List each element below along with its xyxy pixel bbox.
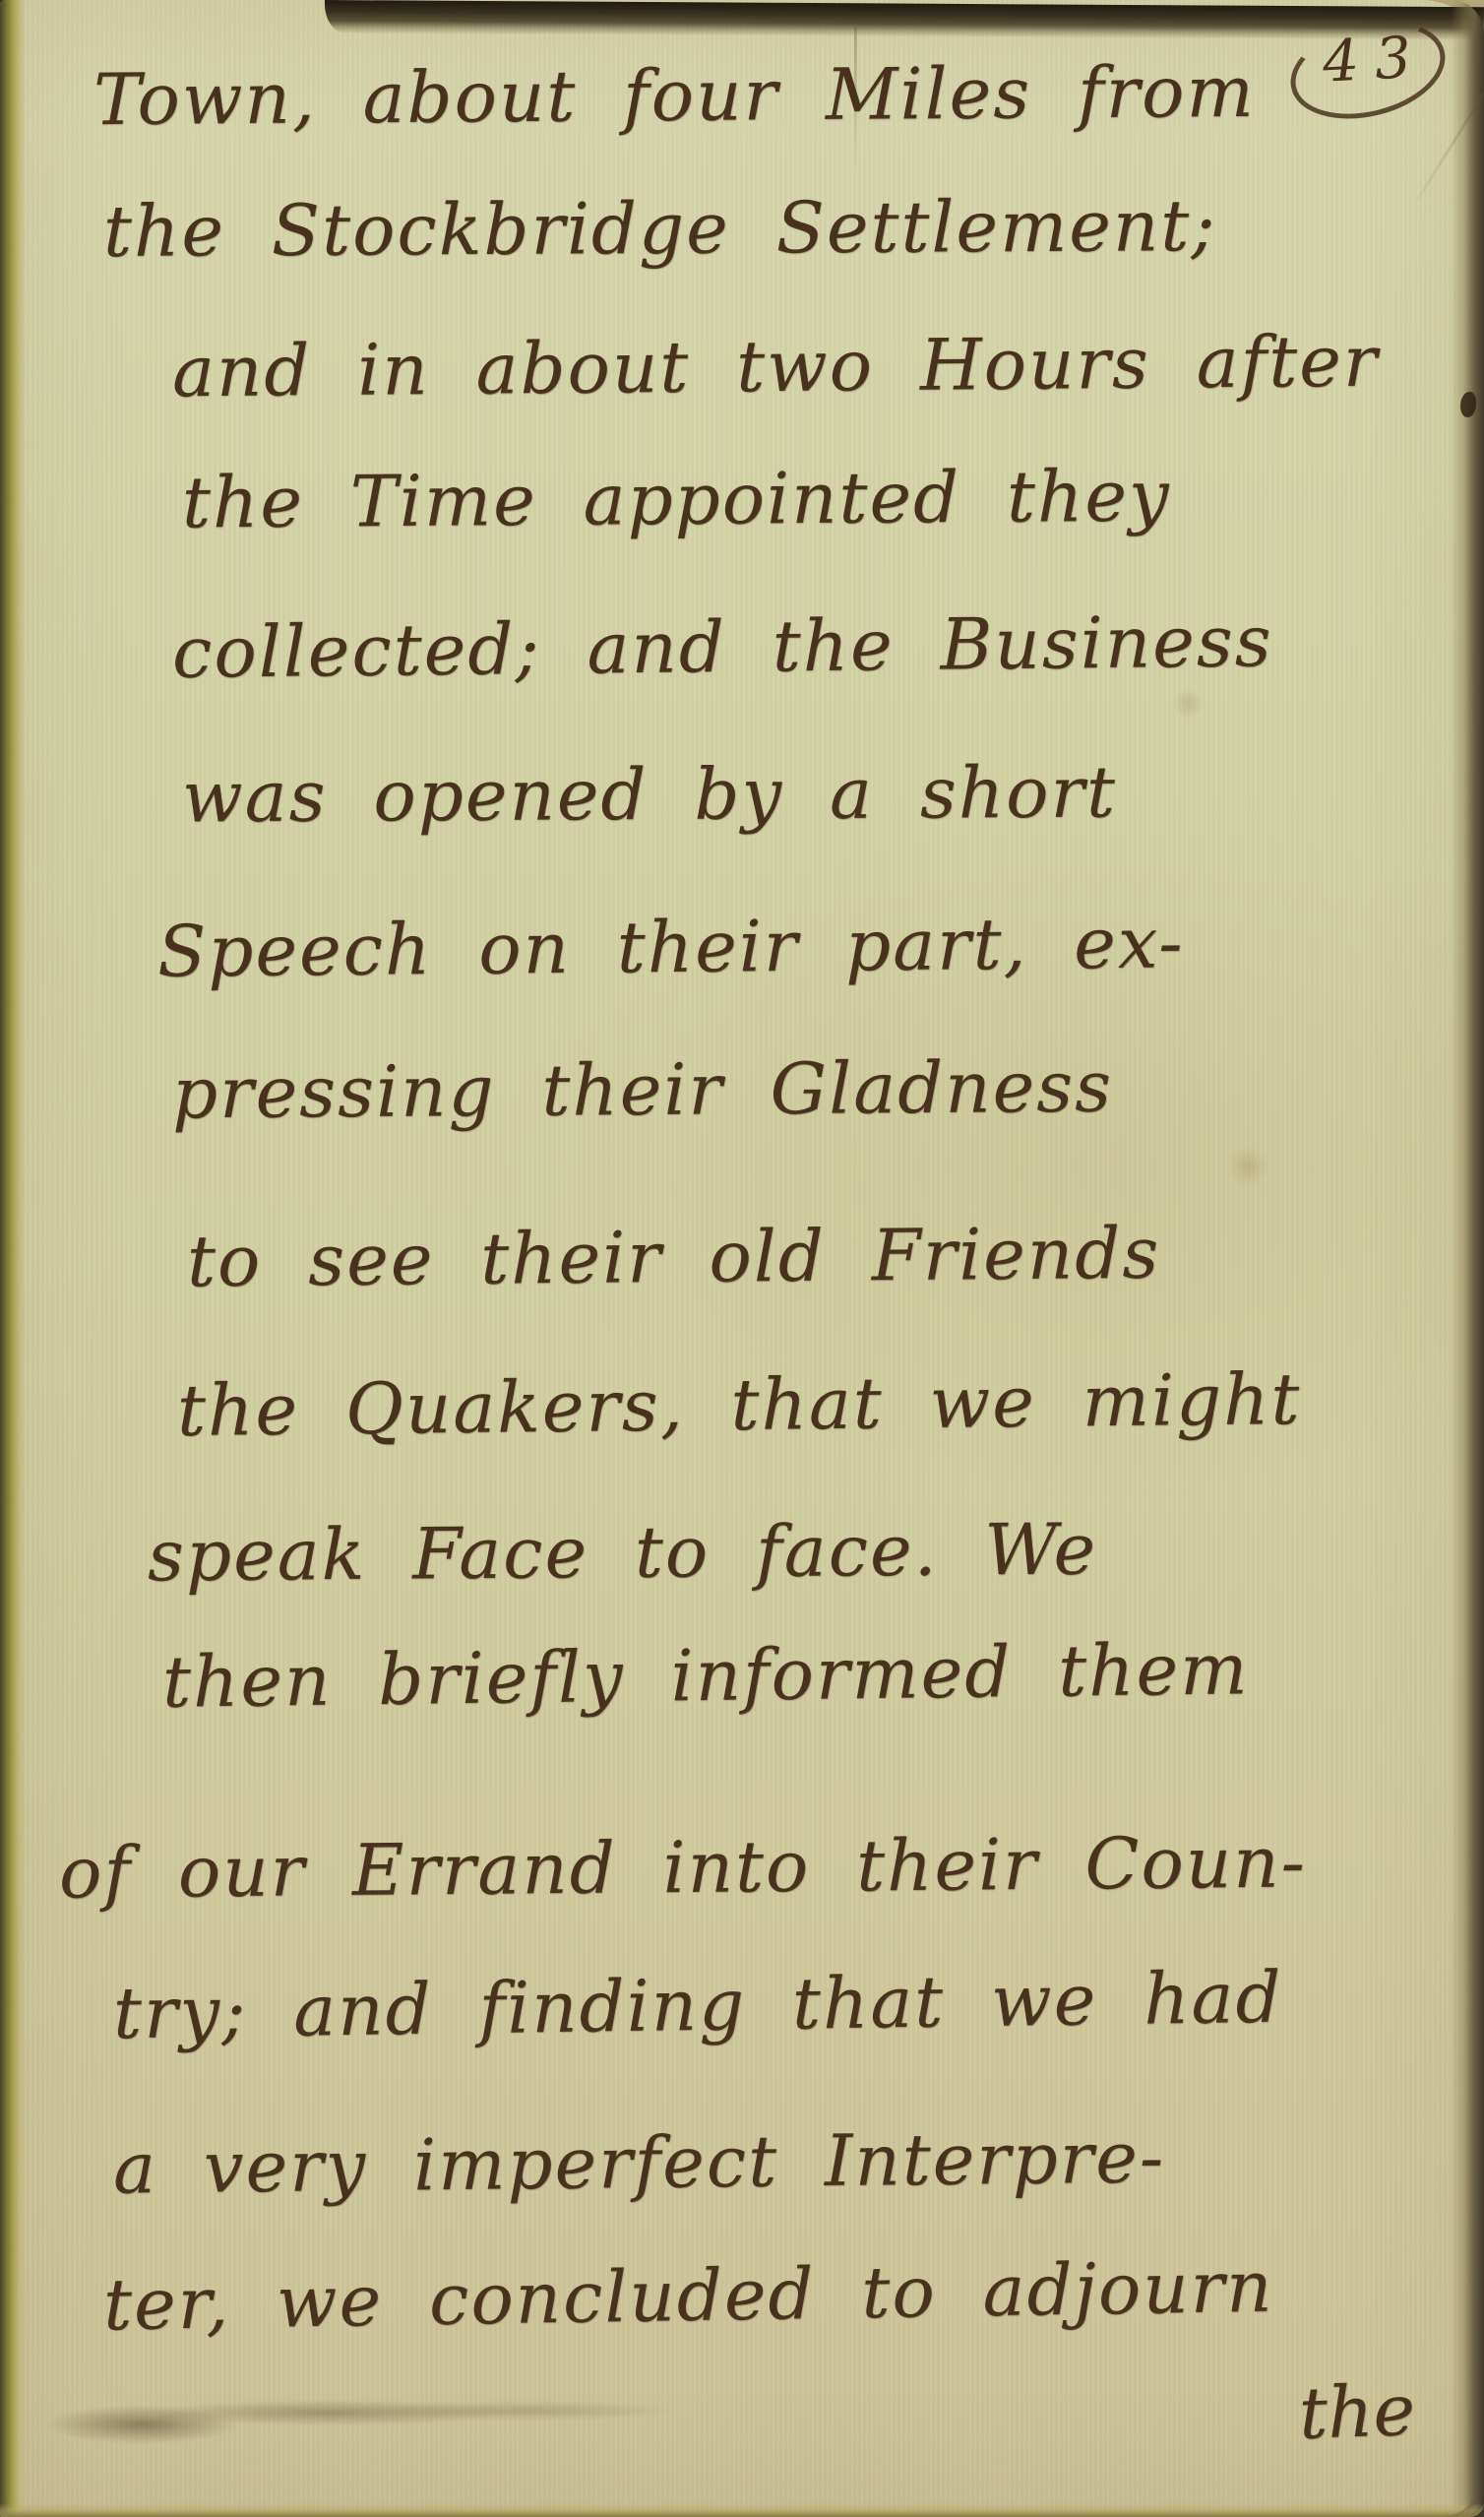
catchword: the (1298, 2368, 1417, 2455)
paper-stain (1225, 1147, 1270, 1186)
handwritten-line: collected; and the Business (172, 599, 1273, 694)
handwritten-line: the Stockbridge Settlement; (103, 184, 1217, 273)
handwritten-line: and in about two Hours after (172, 320, 1380, 413)
manuscript-scan: 43 Town, about four Miles from the Stock… (0, 0, 1484, 2517)
page-left-edge (0, 0, 26, 2517)
handwritten-line: try; and finding that we had (112, 1956, 1283, 2055)
paper-stain (1171, 689, 1205, 719)
handwritten-line: then briefly informed them (162, 1627, 1250, 1723)
handwritten-line: ter, we concluded to adjourn (102, 2245, 1274, 2347)
handwritten-line: Speech on their part, ex- (157, 901, 1185, 992)
handwritten-line: of our Errand into their Coun- (59, 1820, 1308, 1914)
manuscript-page: 43 Town, about four Miles from the Stock… (0, 0, 1484, 2517)
page-right-edge (1451, 0, 1484, 2517)
page-number-group: 43 (1289, 20, 1447, 122)
handwritten-line: pressing their Gladness (172, 1045, 1114, 1135)
page-number: 43 (1321, 23, 1428, 94)
page-bottom-edge (0, 2503, 1484, 2517)
handwritten-line: the Quakers, that we might (177, 1357, 1302, 1452)
handwritten-line: a very imperfect Interpre- (113, 2115, 1166, 2209)
handwritten-line: was opened by a short (182, 751, 1117, 839)
handwritten-line: Town, about four Miles from (93, 50, 1256, 141)
ink-smudge (34, 2387, 664, 2456)
handwritten-line: the Time appointed they (182, 454, 1171, 543)
handwritten-line: to see their old Friends (187, 1212, 1161, 1303)
handwritten-line: speak Face to face. We (148, 1508, 1098, 1598)
